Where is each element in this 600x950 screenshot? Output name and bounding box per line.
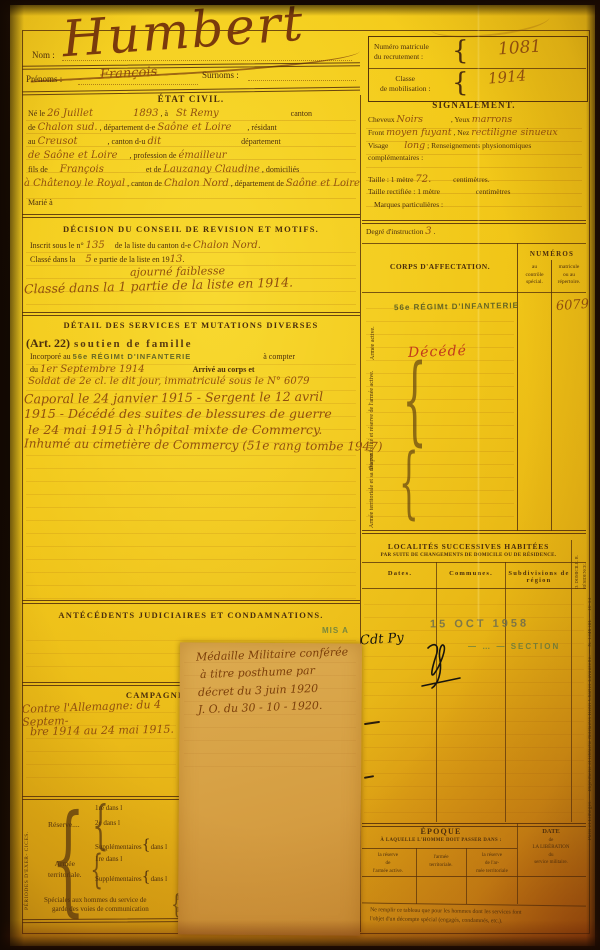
armee-active-label: Armée active. xyxy=(370,296,376,360)
etat-civil-line-6: à Châtenoy le Royal , canton de Chalon N… xyxy=(24,178,360,189)
nom-label: Nom : xyxy=(32,50,55,60)
periodes-side-label: PÉRIODES D'EXER- CICES. xyxy=(24,820,30,910)
corps-header-rule xyxy=(362,292,586,293)
matricule-brace-2: { xyxy=(452,70,469,96)
epoque-subtitle: À LAQUELLE L'HOMME DOIT PASSER DANS : xyxy=(366,838,516,843)
localites-col-subdivisions: Subdivisions de région xyxy=(507,570,571,584)
epoque-divider-3 xyxy=(517,823,518,904)
degre-instruction: Degré d'instruction 3 . xyxy=(366,226,435,237)
prenoms-label: Prénoms : xyxy=(26,74,62,84)
cdt-py-annotation: Cdt Py xyxy=(360,630,405,648)
epoque-col2: l'arméeterritoriale. xyxy=(418,854,464,870)
campagnes-hw-2: bre 1914 au 24 mai 1915. xyxy=(30,723,174,739)
services-soldat-line: Soldat de 2e cl. le dit jour, immatricul… xyxy=(28,376,309,387)
matricule-header: matriculeou aurépertoire. xyxy=(552,264,586,287)
decision-end-rule xyxy=(22,312,360,316)
etat-civil-line-5: fils de François et de Lauzanay Claudine… xyxy=(28,164,299,175)
territoriale-label: Armée territoriale et sa réserve. xyxy=(368,452,378,528)
prenoms-value: François xyxy=(100,65,158,83)
periodes-t1: 1re dans l xyxy=(95,855,122,863)
date-stamp: 15 OCT 1958 xyxy=(430,618,529,631)
localites-col-dates: Dates. xyxy=(364,570,436,577)
decision-title: DÉCISION DU CONSEIL DE REVISION ET MOTIF… xyxy=(22,224,360,234)
corps-end-rule xyxy=(362,530,586,534)
epoque-title: ÉPOQUE xyxy=(366,827,516,836)
signalement-front: Front moyen fuyant , Nez rectiligne sinu… xyxy=(368,127,558,138)
services-hw-line-2: 1915 - Décédé des suites de blessures de… xyxy=(24,406,332,421)
epoque-row-rule xyxy=(362,876,586,877)
etat-civil-line-1: Né le 26 Juillet 1893 , à St Remy canton xyxy=(28,108,312,119)
antecedents-title: ANTÉCÉDENTS JUDICIAIRES ET CONDAMNATIONS… xyxy=(22,610,360,620)
epoque-col1: la réservedel'armée active. xyxy=(364,852,412,875)
signalement-cheveux: Cheveux Noirs , Yeux marrons xyxy=(368,114,512,125)
periodes-reserve-label: Réserve.... xyxy=(48,820,80,829)
localites-col-communes: Communes. xyxy=(438,570,504,577)
matricule-number-value: 1081 xyxy=(497,37,542,60)
paraph-signature xyxy=(420,640,466,696)
services-end-rule xyxy=(22,600,360,604)
periodes-territoriale-label: Arméeterritoriale. xyxy=(48,858,82,881)
epoque-header-rule xyxy=(362,848,517,849)
mis-a-stamp: MIS A xyxy=(322,626,349,635)
prenoms-leader-line xyxy=(78,84,198,85)
corps-matricule-value: 6079 xyxy=(556,297,590,314)
periodes-suppl2: Supplémentaires{dans l xyxy=(95,870,167,884)
corps-ruling xyxy=(366,296,514,528)
signalement-taille: Taille : 1 mètre 72. centimètres. xyxy=(368,174,490,185)
corps-brace-2: { xyxy=(399,444,419,522)
corps-col-divider-2 xyxy=(551,260,552,531)
localites-header-bottom xyxy=(362,588,586,589)
numeros-header: NUMÉROS xyxy=(517,250,587,258)
services-hw-line-1: Caporal le 24 janvier 1915 - Sergent le … xyxy=(24,389,323,407)
scanned-military-record: Nom : Humbert Prénoms : François Surnoms… xyxy=(0,0,600,950)
services-art22: (Art. 22) soutien de famille xyxy=(26,334,192,352)
etat-civil-line-4: de Saône et Loire , profession de émaill… xyxy=(28,150,227,161)
signalement-title: SIGNALEMENT. xyxy=(362,100,586,110)
localites-col-dr: D. DOMICILE. R. RÉSIDENCE. xyxy=(573,545,589,589)
periodes-suppl: Supplémentaires{dans l xyxy=(95,838,167,852)
signalement-marques: Marques particulières : xyxy=(374,200,443,209)
classe-label: Classe de mobilisation : xyxy=(380,74,430,94)
etat-civil-title: ÉTAT CIVIL. xyxy=(22,94,360,104)
periodes-r1: 1re dans l xyxy=(95,804,122,812)
printer-imprint: Paris et Limoges. — Imprimerie et librai… xyxy=(588,380,593,840)
matricule-box-divider xyxy=(368,68,586,69)
controle-header: aucontrôlespécial. xyxy=(518,264,551,287)
corps-col-divider-1 xyxy=(517,243,518,531)
periodes-speciales: Spéciales aux hommes du service de garde… xyxy=(44,896,149,914)
corps-brace-1: { xyxy=(402,352,426,448)
decision-line-1: Inscrit sous le n° 135 de la liste du ca… xyxy=(30,240,261,251)
classe-value: 1914 xyxy=(487,66,527,87)
signalement-visage: Visage long ; Renseignements physionomiq… xyxy=(368,140,531,151)
signalement-taille-rectifiee: Taille rectifiée : 1 mètre centimètres xyxy=(368,187,510,196)
matricule-number-label: Numéro matricule du recrutement : xyxy=(374,42,429,62)
decision-line-2: Classé dans la 5 e partie de la liste en… xyxy=(30,254,184,265)
services-hw-line-3: le 24 mai 1915 à l'hôpital mixte de Comm… xyxy=(28,422,322,437)
signalement-end-rule xyxy=(362,220,586,224)
corps-title: CORPS D'AFFECTATION. xyxy=(366,262,514,271)
periodes-r2: 2e dans l xyxy=(95,819,120,827)
surnoms-leader-line xyxy=(248,80,356,81)
etat-civil-end-rule xyxy=(22,214,360,218)
services-incorpore-line: Incorporé au 56e RÉGIMt D'INFANTERIE à c… xyxy=(30,352,295,361)
localites-header-top xyxy=(362,562,586,563)
services-du-line: du 1er Septembre 1914 Arrivé au corps et xyxy=(30,364,255,375)
section-stamp: — … — SECTION xyxy=(468,642,560,651)
etat-civil-line-3: au Creusot , canton d-u dit département xyxy=(28,136,281,147)
localites-title: LOCALITÉS SUCCESSIVES HABITÉES xyxy=(366,542,571,551)
matricule-brace-1: { xyxy=(452,38,469,64)
marie-a-label: Marié à xyxy=(28,198,53,207)
epoque-date-col: DATE de LA LIBÉRATION du service militai… xyxy=(518,827,584,867)
surnoms-label: Surnoms : xyxy=(202,70,239,80)
etat-civil-line-2: de Chalon sud. , département d-e Saône e… xyxy=(28,122,277,133)
signalement-complementaires: complémentaires : xyxy=(368,153,423,162)
epoque-col3: la réservede l'ar-mée territoriale xyxy=(468,852,516,875)
localites-subtitle: PAR SUITE DE CHANGEMENTS DE DOMICILE OU … xyxy=(366,553,571,558)
services-title: DÉTAIL DES SERVICES ET MUTATIONS DIVERSE… xyxy=(22,320,360,330)
